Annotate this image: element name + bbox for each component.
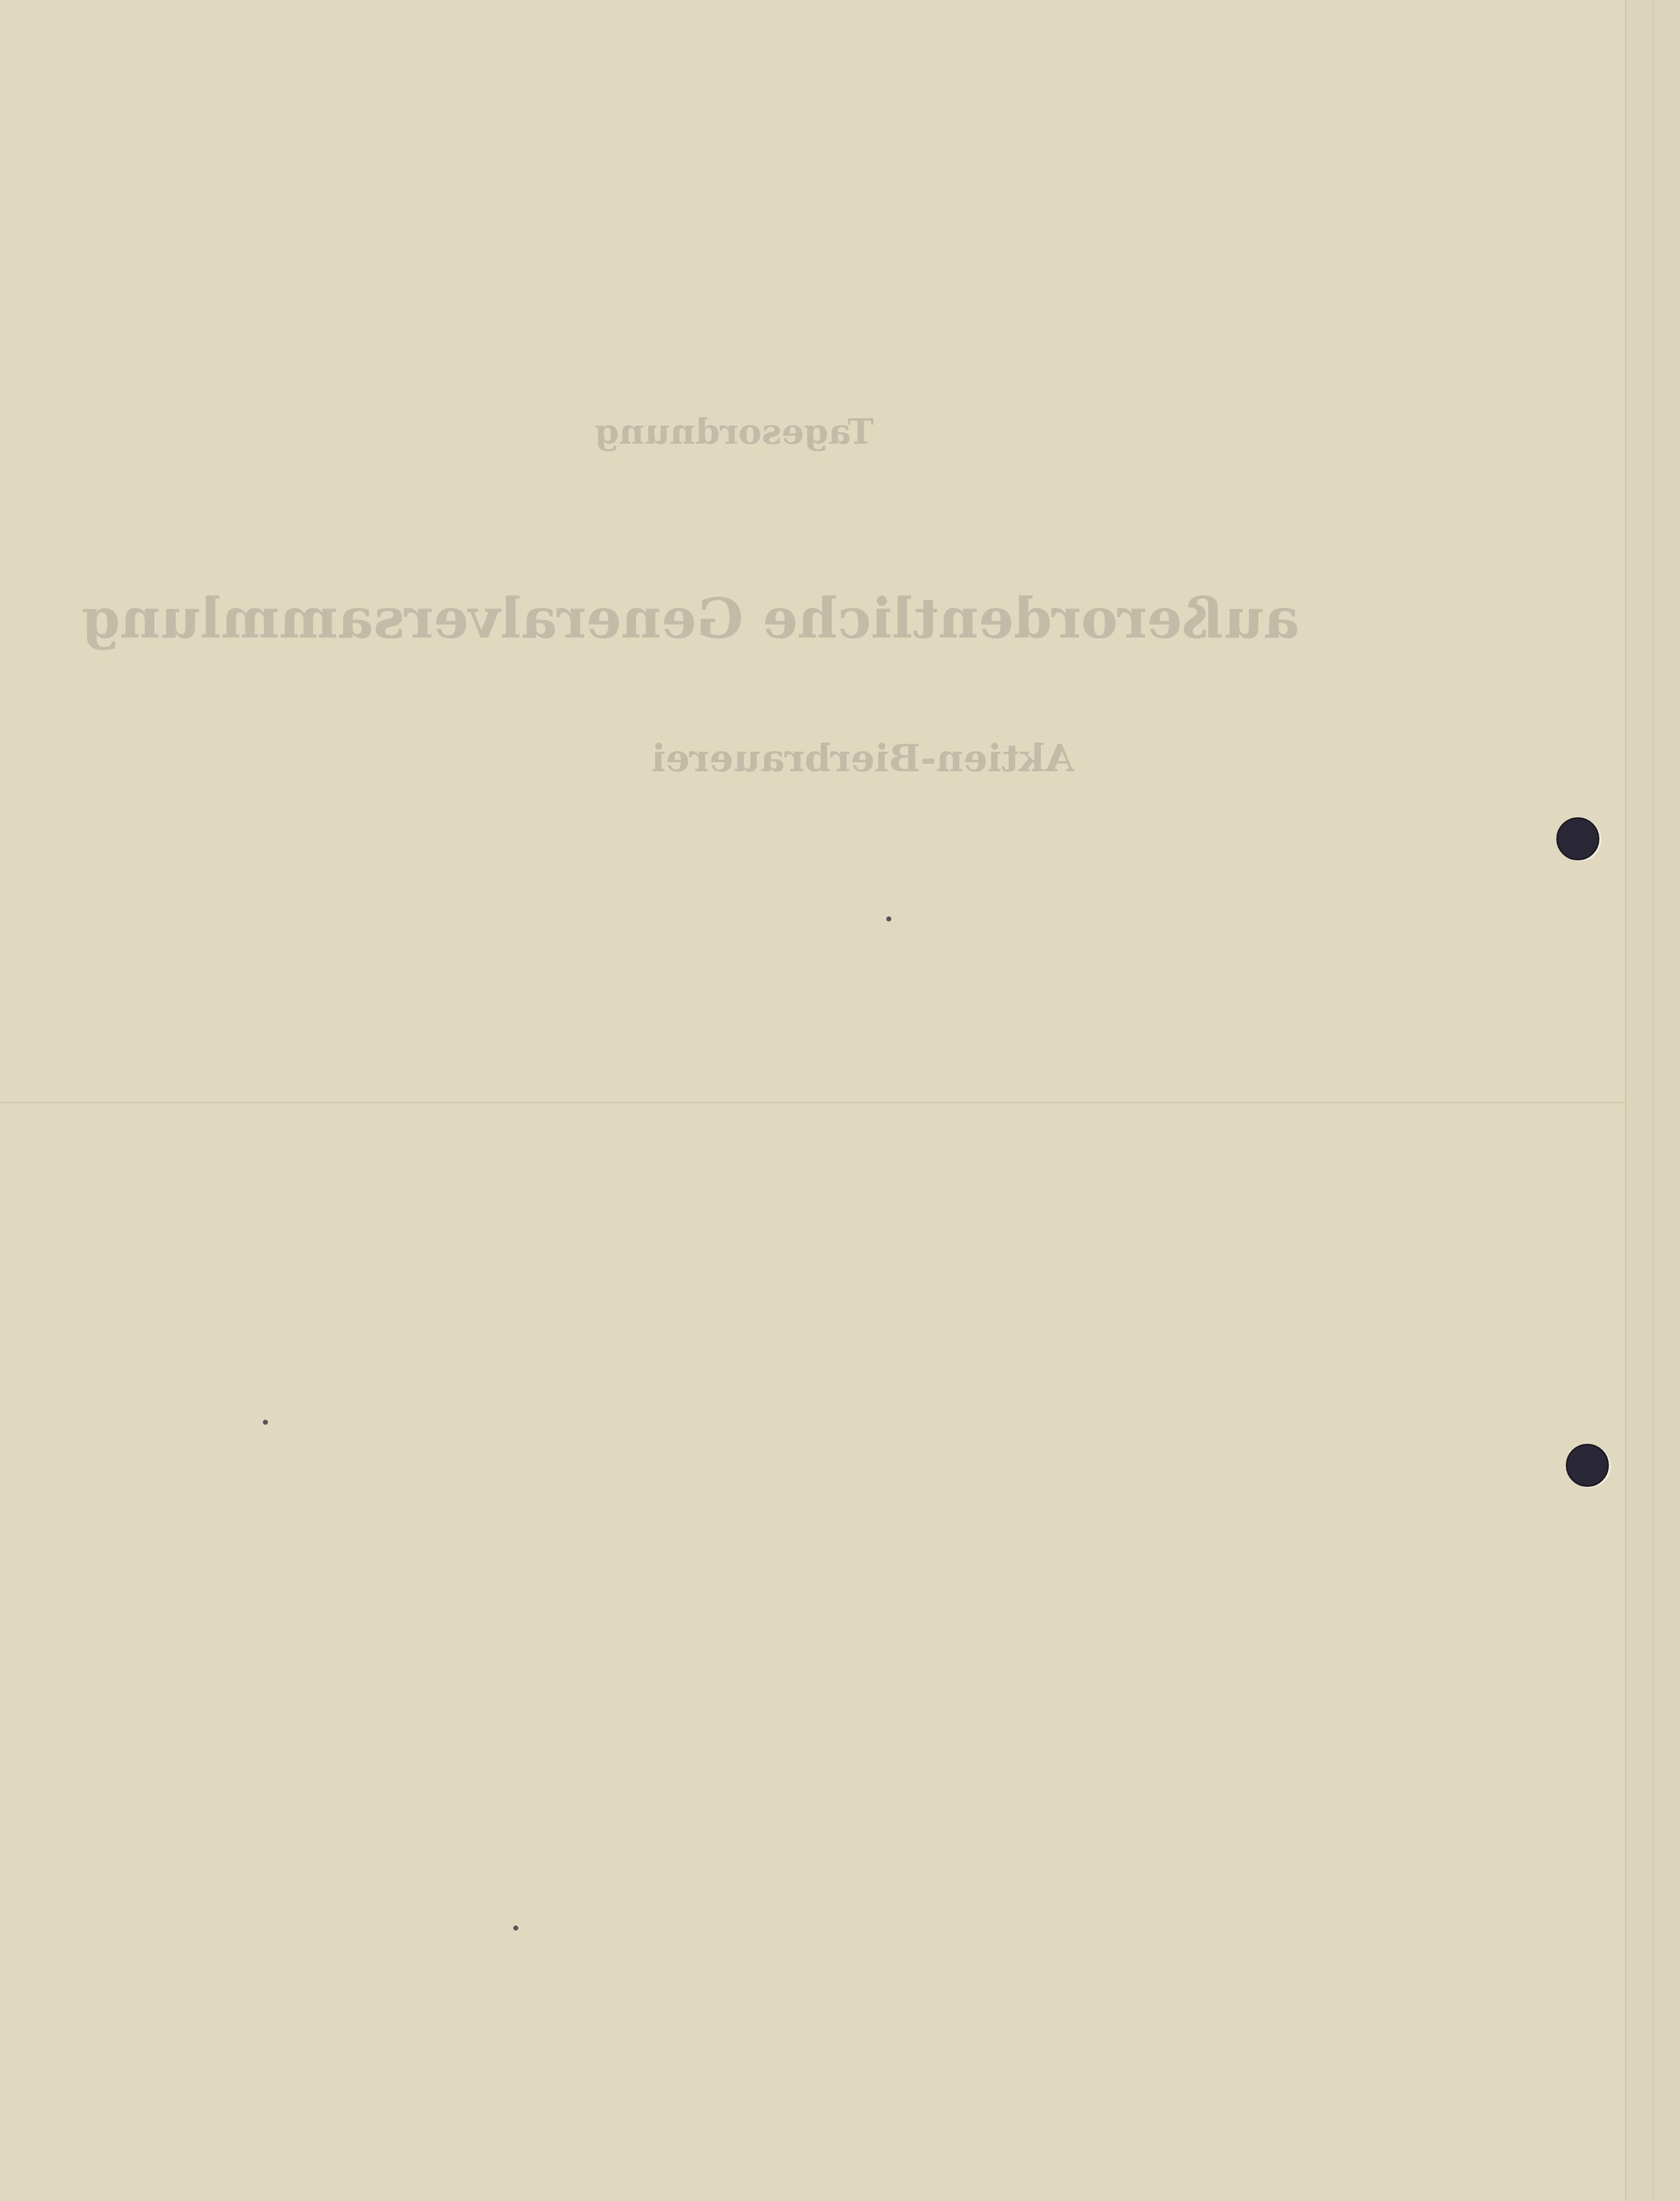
speck <box>513 1926 518 1931</box>
page-edge-line <box>1652 0 1653 2201</box>
punch-hole <box>1566 1444 1609 1487</box>
speck <box>886 916 891 921</box>
speck <box>263 1420 268 1425</box>
bleed-heading: Tagesordnung <box>594 411 874 452</box>
bleed-through-text: Tagesordnung außerordentliche Generalver… <box>0 0 1625 2201</box>
bleed-company: Aktien-Bierbrauerei <box>651 736 1074 780</box>
punch-hole <box>1556 817 1599 860</box>
bleed-title: außerordentliche Generalversammlung <box>82 586 1299 651</box>
